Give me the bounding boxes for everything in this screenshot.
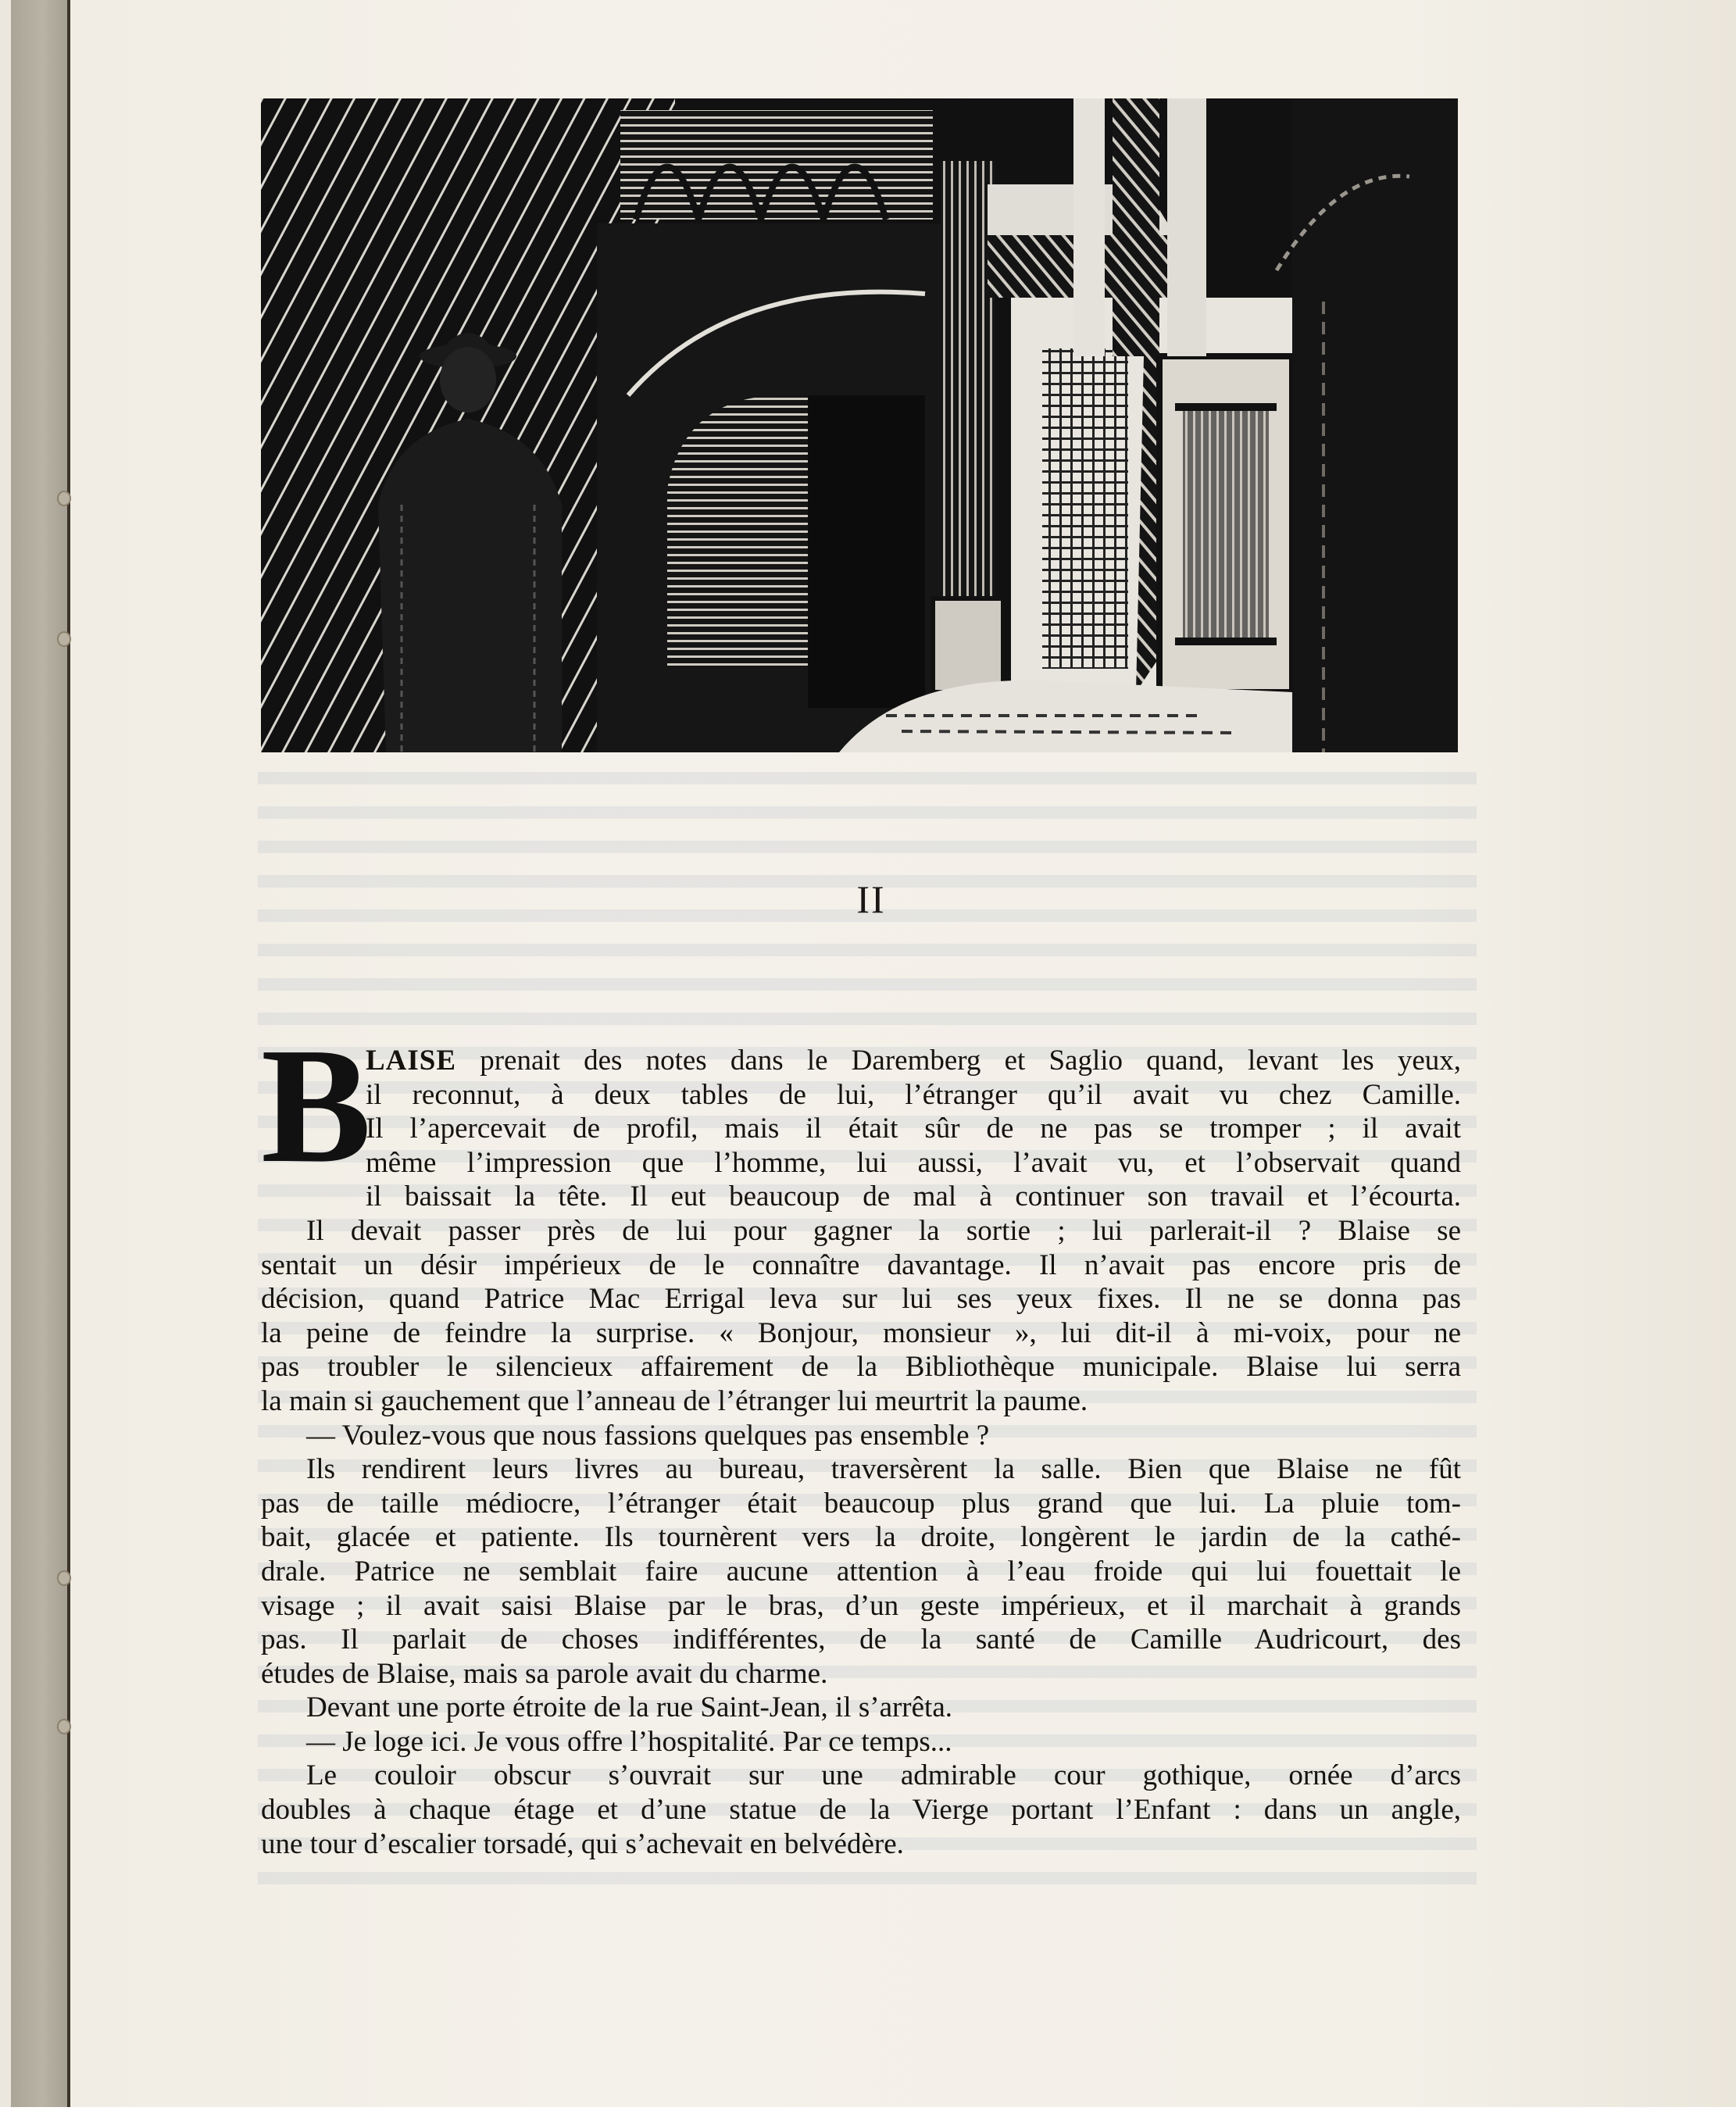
text-line: Le couloir obscur s’ouvrait sur une admi…	[261, 1759, 1461, 1793]
text-line: sentait un désir impérieux de le connaît…	[261, 1248, 1461, 1283]
small-caps-lead: LAISE	[366, 1045, 456, 1077]
text-line: visage ; il avait saisi Blaise par le br…	[261, 1589, 1461, 1623]
text-line: décision, quand Patrice Mac Errigal leva…	[261, 1282, 1461, 1316]
text-line: Ils rendirent leurs livres au bureau, tr…	[261, 1452, 1461, 1487]
text-line: il baissait la tête. Il eut beaucoup de …	[261, 1180, 1461, 1214]
text-line: Il devait passer près de lui pour gagner…	[261, 1214, 1461, 1248]
spine-edge	[67, 0, 70, 2107]
binding-stitch-icon	[57, 631, 71, 647]
text-line: Devant une porte étroite de la rue Saint…	[261, 1691, 1461, 1725]
text-line: il reconnut, à deux tables de lui, l’étr…	[261, 1078, 1461, 1113]
text-line: drale. Patrice ne semblait faire aucune …	[261, 1555, 1461, 1589]
text-line: Il l’apercevait de profil, mais il était…	[261, 1112, 1461, 1146]
text-line: pas. Il parlait de choses indifférentes,…	[261, 1623, 1461, 1657]
text-line: LAISE prenait des notes dans le Darember…	[261, 1044, 1461, 1078]
text-line: une tour d’escalier torsadé, qui s’achev…	[261, 1827, 1461, 1862]
text-line: la main si gauchement que l’anneau de l’…	[261, 1384, 1461, 1419]
text-line: pas troubler le silencieux affairement d…	[261, 1350, 1461, 1384]
binding-stitch-icon	[57, 491, 71, 506]
text-line: études de Blaise, mais sa parole avait d…	[261, 1657, 1461, 1691]
binding-stitch-icon	[57, 1570, 71, 1586]
text-line: pas de taille médiocre, l’étranger était…	[261, 1487, 1461, 1521]
chapter-number: II	[828, 877, 914, 922]
text-line: la peine de feindre la surprise. « Bonjo…	[261, 1316, 1461, 1351]
dialogue-line: — Voulez-vous que nous fassions quelques…	[261, 1419, 1461, 1453]
binding-strip	[11, 0, 69, 2107]
text-line: doubles à chaque étage et d’une statue d…	[261, 1793, 1461, 1827]
text-line: bait, glacée et patiente. Ils tournèrent…	[261, 1520, 1461, 1555]
dialogue-line: — Je loge ici. Je vous offre l’hospitali…	[261, 1725, 1461, 1759]
woodcut-illustration	[261, 98, 1458, 752]
chapter-body-text: LAISE prenait des notes dans le Darember…	[261, 1044, 1461, 1861]
binding-stitch-icon	[57, 1719, 71, 1734]
text-line: même l’impression que l’homme, lui aussi…	[261, 1146, 1461, 1180]
